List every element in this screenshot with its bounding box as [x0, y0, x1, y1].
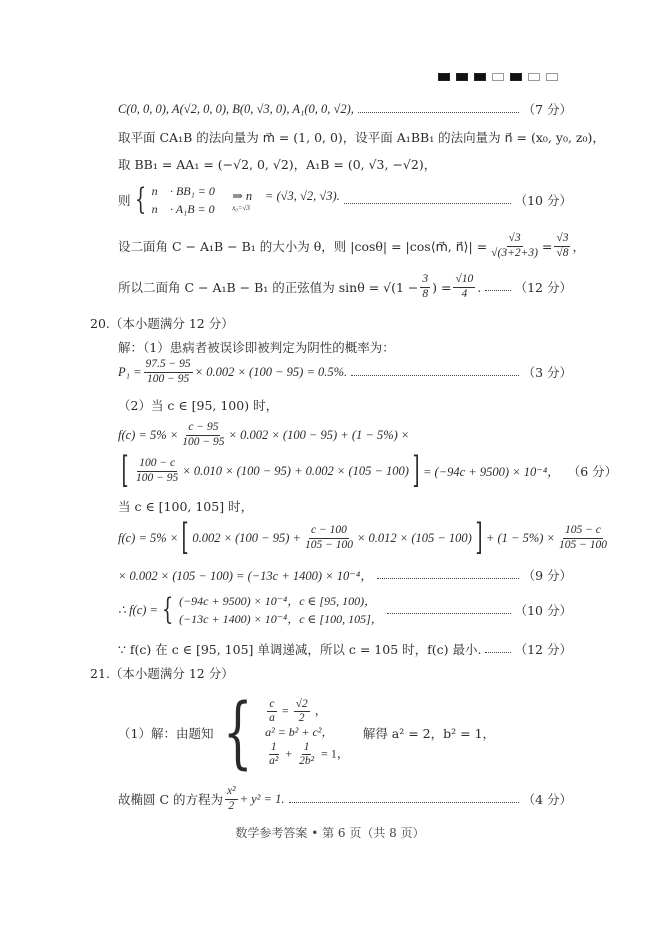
fraction: √3 √(3+2+3)	[489, 232, 540, 259]
fraction: 1 a²	[267, 741, 280, 768]
question-21-title: 21.（本小题满分 12 分）	[90, 664, 572, 682]
numerator: √3	[554, 232, 570, 246]
numerator: c − 95	[186, 421, 220, 435]
progress-mark-filled	[438, 73, 450, 81]
f2-line: f(c) = 5% × [ 0.002 × (100 − 95) + c − 1…	[118, 520, 572, 556]
normal-vector-line: 取平面 CA₁B 的法向量为 m⃗ = (1, 0, 0)，设平面 A₁BB₁ …	[118, 128, 572, 146]
f-rest: × 0.010 × (100 − 95) + 0.002 × (105 − 10…	[182, 464, 409, 479]
f1b-line: [ 100 − c 100 − 95 × 0.010 × (100 − 95) …	[118, 453, 572, 489]
f-rest: × 0.002 × (105 − 100) = (−13c + 1400) × …	[118, 566, 373, 584]
score-label: （12 分）	[515, 640, 572, 658]
dot-leader	[485, 652, 510, 653]
f-rest: × 0.002 × (100 − 95) + (1 − 5%) ×	[229, 428, 410, 443]
denominator: 100 − 95	[145, 373, 191, 386]
coords-text: C(0, 0, 0), A(√2, 0, 0), B(0, √3, 0), A₁…	[118, 102, 354, 117]
score-label: （4 分）	[523, 790, 572, 808]
punctuation: ，	[315, 703, 327, 717]
numerator: c	[267, 698, 276, 712]
system-equation-2: n⃗ · A₁B = 0	[152, 200, 225, 218]
implication: ⇒ n⃗ = (√3, √2, √3). x₀=√3	[232, 188, 340, 212]
page-footer: 数学参考答案 • 第 6 页（共 8 页）	[0, 824, 660, 841]
answer-key-page: C(0, 0, 0), A(√2, 0, 0), B(0, √3, 0), A₁…	[0, 0, 660, 934]
fraction: c − 95 100 − 95	[180, 421, 226, 448]
denominator: 2	[226, 800, 236, 813]
question-title: 21.（本小题满分 12 分）	[90, 664, 234, 682]
numerator: x²	[225, 785, 238, 799]
score-label: （6 分）	[568, 462, 617, 480]
f-prefix: f(c) = 5% ×	[118, 531, 178, 546]
fraction: 1 2b²	[297, 741, 316, 768]
fraction: 100 − c 100 − 95	[134, 457, 180, 484]
left-brace: {	[223, 694, 253, 772]
denominator: 4	[460, 288, 470, 301]
fraction: √10 4	[453, 273, 475, 300]
vectors-line: 取 BB₁ = AA₁ = (−√2, 0, √2)，A₁B = (0, √3,…	[118, 155, 572, 173]
ellipse-line: 故椭圆 C 的方程为 x² 2 + y² = 1. （4 分）	[118, 782, 572, 816]
piecewise-prefix: ∴ f(c) =	[118, 602, 158, 618]
sin-prefix: 所以二面角 C − A₁B − B₁ 的正弦值为 sinθ = √(1 −	[118, 278, 418, 296]
progress-mark-empty	[528, 73, 540, 81]
plus: +	[285, 746, 292, 760]
denominator: √(3+2+3)	[489, 247, 540, 260]
cos-line: 设二面角 C − A₁B − B₁ 的大小为 θ，则 |cosθ| = |cos…	[118, 228, 572, 264]
denominator: 2	[297, 712, 307, 725]
fraction: x² 2	[225, 785, 238, 812]
dot-leader	[485, 290, 510, 291]
f-mid: + (1 − 5%) ×	[486, 531, 555, 546]
denominator: √8	[554, 247, 570, 260]
dot-leader	[377, 578, 519, 579]
numerator: 97.5 − 95	[144, 358, 193, 372]
f2b-line: × 0.002 × (105 − 100) = (−13c + 1400) × …	[118, 566, 572, 584]
equals: =	[282, 703, 289, 717]
left-brace: {	[134, 185, 145, 215]
numerator: 1	[269, 741, 279, 755]
score-label: （12 分）	[515, 278, 572, 296]
intro-text: 解：（1）患病者被误诊即被判定为阴性的概率为：	[118, 338, 395, 356]
piecewise-cases: (−94c + 9500) × 10⁻⁴，c ∈ [95, 100)， (−13…	[179, 592, 383, 628]
fraction: c a	[267, 698, 277, 725]
system-line: 则 { n⃗ · BB₁ = 0， n⃗ · A₁B = 0 ⇒ n⃗ = (√…	[118, 180, 572, 220]
dot-leader	[344, 203, 511, 204]
progress-mark-filled	[456, 73, 468, 81]
fraction: c − 100 105 − 100	[303, 524, 355, 551]
denominator: 100 − 95	[134, 472, 180, 485]
ellipse-prefix: 故椭圆 C 的方程为	[118, 790, 223, 808]
denominator: 8	[420, 288, 430, 301]
f-inner: × 0.012 × (105 − 100)	[357, 531, 472, 546]
denominator: 100 − 95	[180, 436, 226, 449]
denominator: 105 − 100	[557, 539, 609, 552]
fraction: √3 √8	[554, 232, 570, 259]
numerator: c − 100	[309, 524, 349, 538]
score-label: （10 分）	[515, 191, 572, 209]
p1-line: P₁ = 97.5 − 95 100 − 95 × 0.002 × (100 −…	[118, 355, 572, 389]
dot-leader	[358, 112, 519, 113]
f-prefix: f(c) = 5% ×	[118, 428, 178, 443]
cos-prefix: 设二面角 C − A₁B − B₁ 的大小为 θ，则 |cosθ| = |cos…	[118, 237, 487, 255]
piecewise-case: (−94c + 9500) × 10⁻⁴，c ∈ [95, 100)，	[179, 592, 383, 610]
p1-rest: × 0.002 × (100 − 95) = 0.5%.	[195, 365, 347, 380]
denominator: 105 − 100	[303, 539, 355, 552]
solve-result: 解得 a² = 2，b² = 1，	[363, 724, 495, 742]
part-prefix: （1）解：由题知	[118, 724, 213, 742]
progress-mark-filled	[474, 73, 486, 81]
question-title: 20.（本小题满分 12 分）	[90, 314, 234, 332]
fraction: 105 − c 105 − 100	[557, 524, 609, 551]
implication-note: x₀=√3	[232, 204, 250, 212]
progress-mark-empty	[492, 73, 504, 81]
numerator: 3	[420, 273, 430, 287]
f1-line: f(c) = 5% × c − 95 100 − 95 × 0.002 × (1…	[118, 418, 572, 452]
q20-part2-case1: （2）当 c ∈ [95, 100) 时，	[118, 396, 572, 414]
vectors-text: 取 BB₁ = AA₁ = (−√2, 0, √2)，A₁B = (0, √3,…	[118, 155, 436, 173]
system-equation-3: 1 a² + 1 2b² = 1，	[265, 741, 349, 768]
fraction: 97.5 − 95 100 − 95	[144, 358, 193, 385]
score-label: （7 分）	[523, 100, 572, 118]
equation-system: n⃗ · BB₁ = 0， n⃗ · A₁B = 0	[152, 182, 225, 218]
piecewise-line: ∴ f(c) = { (−94c + 9500) × 10⁻⁴，c ∈ [95,…	[118, 590, 572, 630]
system-equation-2: a² = b² + c²，	[265, 725, 349, 741]
piecewise-case: (−13c + 1400) × 10⁻⁴，c ∈ [100, 105]，	[179, 610, 383, 628]
numerator: √10	[453, 273, 475, 287]
q20-part1-intro: 解：（1）患病者被误诊即被判定为阴性的概率为：	[118, 338, 572, 356]
score-label: （10 分）	[515, 601, 572, 619]
q21-system-line: （1）解：由题知 { c a = √2 2 ， a² = b² + c²， 1 …	[118, 688, 572, 778]
system-equation-1: n⃗ · BB₁ = 0，	[152, 182, 225, 200]
f-result: = (−94c + 9500) × 10⁻⁴，	[423, 462, 560, 480]
dot-leader	[351, 375, 518, 376]
equals-one: = 1，	[321, 746, 349, 760]
page-progress-marks	[438, 73, 558, 81]
left-brace: {	[162, 595, 173, 625]
numerator: √2	[294, 698, 310, 712]
question-20-title: 20.（本小题满分 12 分）	[90, 314, 572, 332]
conclusion-line: ∵ f(c) 在 c ∈ [95, 105] 单调递减，所以 c = 105 时…	[118, 640, 572, 658]
conclusion-text: ∵ f(c) 在 c ∈ [95, 105] 单调递减，所以 c = 105 时…	[118, 640, 481, 658]
implication-result: ⇒ n⃗ = (√3, √2, √3).	[232, 188, 340, 204]
numerator: √3	[507, 232, 523, 246]
p1-prefix: P₁ =	[118, 365, 142, 380]
dot-leader	[387, 613, 511, 614]
progress-mark-empty	[546, 73, 558, 81]
dot-leader	[289, 802, 519, 803]
normal-vector-text: 取平面 CA₁B 的法向量为 m⃗ = (1, 0, 0)，设平面 A₁BB₁ …	[118, 128, 605, 146]
fraction: 3 8	[420, 273, 430, 300]
fraction: √2 2	[294, 698, 310, 725]
denominator: a²	[267, 755, 280, 768]
sin-line: 所以二面角 C − A₁B − B₁ 的正弦值为 sinθ = √(1 − 3 …	[118, 270, 572, 304]
f-inner: 0.002 × (100 − 95) +	[192, 531, 301, 546]
equation-system: c a = √2 2 ， a² = b² + c²， 1 a² + 1	[265, 698, 349, 768]
score-label: （3 分）	[523, 363, 572, 381]
ellipse-rest: + y² = 1.	[240, 792, 285, 807]
system-prefix: 则	[118, 191, 131, 209]
numerator: 100 − c	[137, 457, 177, 471]
case-text: （2）当 c ∈ [95, 100) 时，	[118, 396, 278, 414]
score-label: （9 分）	[523, 566, 572, 584]
progress-mark-filled	[510, 73, 522, 81]
coords-line: C(0, 0, 0), A(√2, 0, 0), B(0, √3, 0), A₁…	[118, 100, 572, 118]
denominator: a	[267, 712, 277, 725]
system-equation-1: c a = √2 2 ，	[265, 698, 349, 725]
q20-part2-case2: 当 c ∈ [100, 105] 时，	[118, 497, 572, 515]
case-text: 当 c ∈ [100, 105] 时，	[118, 497, 253, 515]
denominator: 2b²	[297, 755, 316, 768]
numerator: 1	[302, 741, 312, 755]
numerator: 105 − c	[563, 524, 603, 538]
